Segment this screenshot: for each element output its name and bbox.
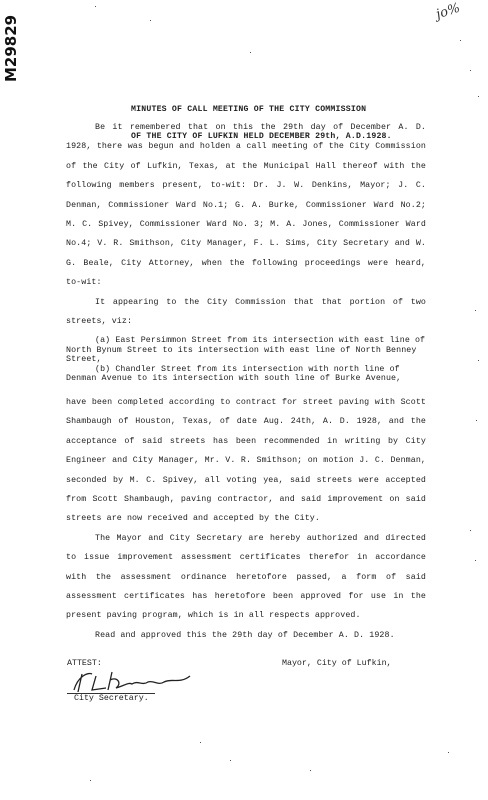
mayor-signature-label: Mayor, City of Lufkin,: [282, 659, 392, 668]
street-list: (a) East Persimmon Street from its inter…: [66, 336, 426, 384]
title-line-1: MINUTES OF CALL MEETING OF THE CITY COMM…: [131, 105, 431, 114]
street-item-a: (a) East Persimmon Street from its inter…: [66, 336, 426, 365]
paragraph-acceptance: have been completed according to contrac…: [66, 393, 426, 529]
city-secretary-label: City Secretary.: [74, 694, 149, 703]
paragraph-read-approved: Read and approved this the 29th day of D…: [66, 626, 426, 645]
document-page: M29829 jo% MINUTES OF CALL MEETING OF TH…: [0, 0, 488, 800]
paragraph-appearing: It appearing to the City Commission that…: [66, 293, 426, 332]
street-item-b: (b) Chandler Street from its intersectio…: [66, 365, 426, 384]
margin-document-number: M29829: [2, 14, 20, 82]
document-body: Be it remembered that on this the 29th d…: [66, 118, 426, 645]
paragraph-preamble: Be it remembered that on this the 29th d…: [66, 118, 426, 293]
handwritten-corner-mark: jo%: [434, 1, 462, 23]
paragraph-authorization: The Mayor and City Secretary are hereby …: [66, 529, 426, 626]
signature-image: [68, 666, 208, 696]
